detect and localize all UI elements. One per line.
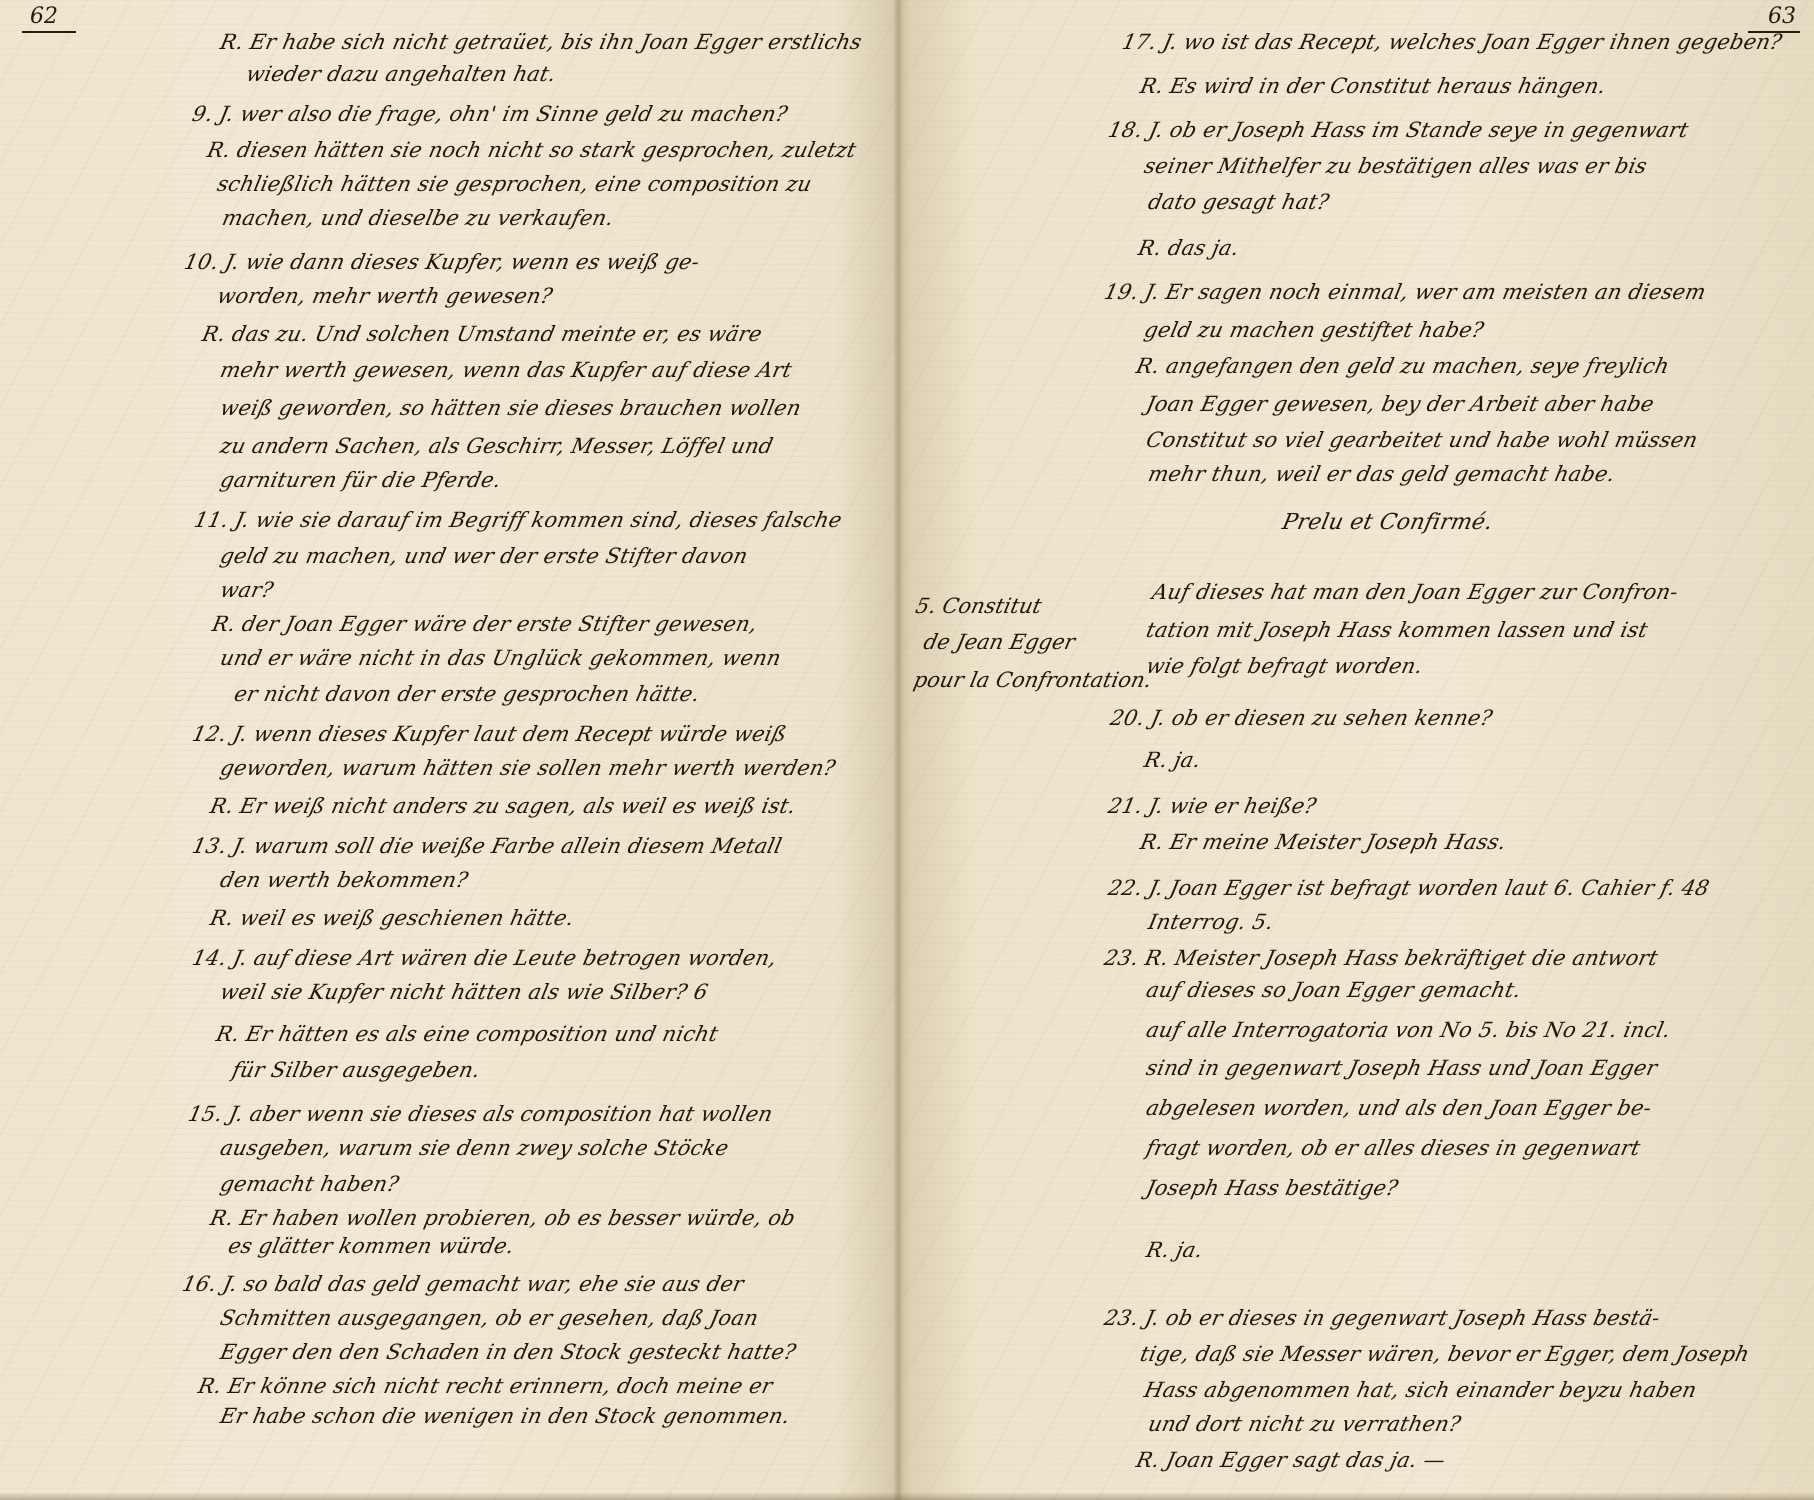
- text-line: R. angefangen den geld zu machen, seye f…: [1134, 354, 1672, 378]
- text-line: R. das zu. Und solchen Umstand meinte er…: [200, 322, 764, 346]
- text-line: 23. J. ob er dieses in gegenwart Joseph …: [1102, 1306, 1662, 1330]
- text-line: Hass abgenommen hat, sich einander beyzu…: [1142, 1378, 1699, 1402]
- text-line: 19. J. Er sagen noch einmal, wer am meis…: [1102, 280, 1708, 304]
- text-line: Joseph Hass bestätige?: [1144, 1176, 1400, 1200]
- text-line: machen, und dieselbe zu verkaufen.: [220, 206, 616, 230]
- text-line: R. das ja.: [1136, 236, 1241, 260]
- text-line: seiner Mithelfer zu bestätigen alles was…: [1142, 154, 1649, 178]
- text-line: 20. J. ob er diesen zu sehen kenne?: [1108, 706, 1495, 730]
- text-line: auf alle Interrogatoria von No 5. bis No…: [1144, 1018, 1673, 1042]
- text-line: garnituren für die Pferde.: [218, 468, 503, 492]
- text-line: 14. J. auf diese Art wären die Leute bet…: [190, 946, 779, 970]
- text-line: 15. J. aber wenn sie dieses als composit…: [186, 1102, 775, 1126]
- text-line: R. ja.: [1142, 748, 1203, 772]
- text-line: Egger den den Schaden in den Stock geste…: [218, 1340, 798, 1364]
- left-page: 62 R. Er habe sich nicht getraüet, bis i…: [0, 0, 898, 1500]
- text-line: weil sie Kupfer nicht hätten als wie Sil…: [218, 980, 710, 1004]
- text-line: fragt worden, ob er alles dieses in gege…: [1144, 1136, 1643, 1160]
- text-line: worden, mehr werth gewesen?: [215, 284, 555, 308]
- text-line: 23. R. Meister Joseph Hass bekräftiget d…: [1102, 946, 1660, 970]
- text-line: 16. J. so bald das geld gemacht war, ehe…: [180, 1272, 746, 1296]
- text-line: und er wäre nicht in das Unglück gekomme…: [218, 646, 783, 670]
- text-line: Interrog. 5.: [1146, 910, 1276, 934]
- text-line: 11. J. wie sie darauf im Begriff kommen …: [192, 508, 844, 532]
- text-line: ausgeben, warum sie denn zwey solche Stö…: [218, 1136, 731, 1160]
- text-line: tige, daß sie Messer wären, bevor er Egg…: [1138, 1342, 1752, 1366]
- text-line: weiß geworden, so hätten sie dieses brau…: [218, 396, 803, 420]
- text-line: schließlich hätten sie gesprochen, eine …: [215, 172, 814, 196]
- text-line: R. diesen hätten sie noch nicht so stark…: [205, 138, 858, 162]
- text-line: R. Joan Egger sagt das ja. —: [1134, 1448, 1448, 1472]
- text-line: R. weil es weiß geschienen hätte.: [208, 906, 576, 930]
- text-line: R. Er habe sich nicht getraüet, bis ihn …: [218, 30, 864, 54]
- text-line: mehr thun, weil er das geld gemacht habe…: [1146, 462, 1617, 486]
- text-line: 12. J. wenn dieses Kupfer laut dem Recep…: [190, 722, 789, 746]
- text-line: geld zu machen gestiftet habe?: [1142, 318, 1486, 342]
- text-line: für Silber ausgegeben.: [230, 1058, 483, 1082]
- folio-number-left: 62: [22, 4, 76, 33]
- text-line: abgelesen worden, und als den Joan Egger…: [1144, 1096, 1654, 1120]
- text-line: sind in gegenwart Joseph Hass und Joan E…: [1144, 1056, 1659, 1080]
- margin-note-line: de Jean Egger: [921, 630, 1077, 654]
- manuscript-spread: 62 R. Er habe sich nicht getraüet, bis i…: [0, 0, 1814, 1500]
- text-line: mehr werth gewesen, wenn das Kupfer auf …: [218, 358, 794, 382]
- text-line: dato gesagt hat?: [1146, 190, 1331, 214]
- text-line: 17. J. wo ist das Recept, welches Joan E…: [1120, 30, 1784, 54]
- text-line: war?: [218, 578, 276, 602]
- text-line: R. Er könne sich nicht recht erinnern, d…: [196, 1374, 775, 1398]
- text-line: gemacht haben?: [218, 1172, 401, 1196]
- text-line: wie folgt befragt worden.: [1144, 654, 1425, 678]
- text-line: 10. J. wie dann dieses Kupfer, wenn es w…: [182, 250, 702, 274]
- text-line: R. Es wird in der Constitut heraus hänge…: [1138, 74, 1608, 98]
- text-line: R. der Joan Egger wäre der erste Stifter…: [210, 612, 759, 636]
- right-page: 63 17. J. wo ist das Recept, welches Joa…: [898, 0, 1814, 1500]
- text-line: R. Er hätten es als eine composition und…: [214, 1022, 720, 1046]
- text-line: R. Er haben wollen probieren, ob es bess…: [208, 1206, 798, 1230]
- text-line: Auf dieses hat man den Joan Egger zur Co…: [1150, 580, 1680, 604]
- text-line: Schmitten ausgegangen, ob er gesehen, da…: [218, 1306, 761, 1330]
- text-line: R. Er weiß nicht anders zu sagen, als we…: [208, 794, 798, 818]
- folio-number-right: 63: [1748, 4, 1800, 33]
- text-line: tation mit Joseph Hass kommen lassen und…: [1144, 618, 1650, 642]
- text-line: 22. J. Joan Egger ist befragt worden lau…: [1106, 876, 1712, 900]
- text-line: wieder dazu angehalten hat.: [244, 62, 558, 86]
- text-line: er nicht davon der erste gesprochen hätt…: [232, 682, 702, 706]
- margin-note-line: 5. Constitut: [913, 594, 1043, 618]
- text-line: 21. J. wie er heiße?: [1106, 794, 1319, 818]
- text-line: auf dieses so Joan Egger gemacht.: [1144, 978, 1523, 1002]
- text-line: Constitut so viel gearbeitet und habe wo…: [1144, 428, 1700, 452]
- text-line: und dort nicht zu verrathen?: [1146, 1412, 1463, 1436]
- text-line: 18. J. ob er Joseph Hass im Stande seye …: [1106, 118, 1691, 142]
- text-line: 9. J. wer also die frage, ohn' im Sinne …: [190, 102, 790, 126]
- text-line: zu andern Sachen, als Geschirr, Messer, …: [218, 434, 775, 458]
- text-line: den werth bekommen?: [218, 868, 470, 892]
- text-line: R. Er meine Meister Joseph Hass.: [1138, 830, 1508, 854]
- margin-note-line: pour la Confrontation.: [911, 668, 1154, 692]
- text-line: geld zu machen, und wer der erste Stifte…: [218, 544, 750, 568]
- text-line: Joan Egger gewesen, bey der Arbeit aber …: [1144, 392, 1656, 416]
- text-line: es glätter kommen würde.: [226, 1234, 516, 1258]
- text-line: Er habe schon die wenigen in den Stock g…: [218, 1404, 792, 1428]
- text-line: 13. J. warum soll die weiße Farbe allein…: [190, 834, 784, 858]
- text-line: geworden, warum hätten sie sollen mehr w…: [218, 756, 838, 780]
- text-line: R. ja.: [1144, 1238, 1205, 1262]
- closing-formula: Prelu et Confirmé.: [1280, 510, 1495, 535]
